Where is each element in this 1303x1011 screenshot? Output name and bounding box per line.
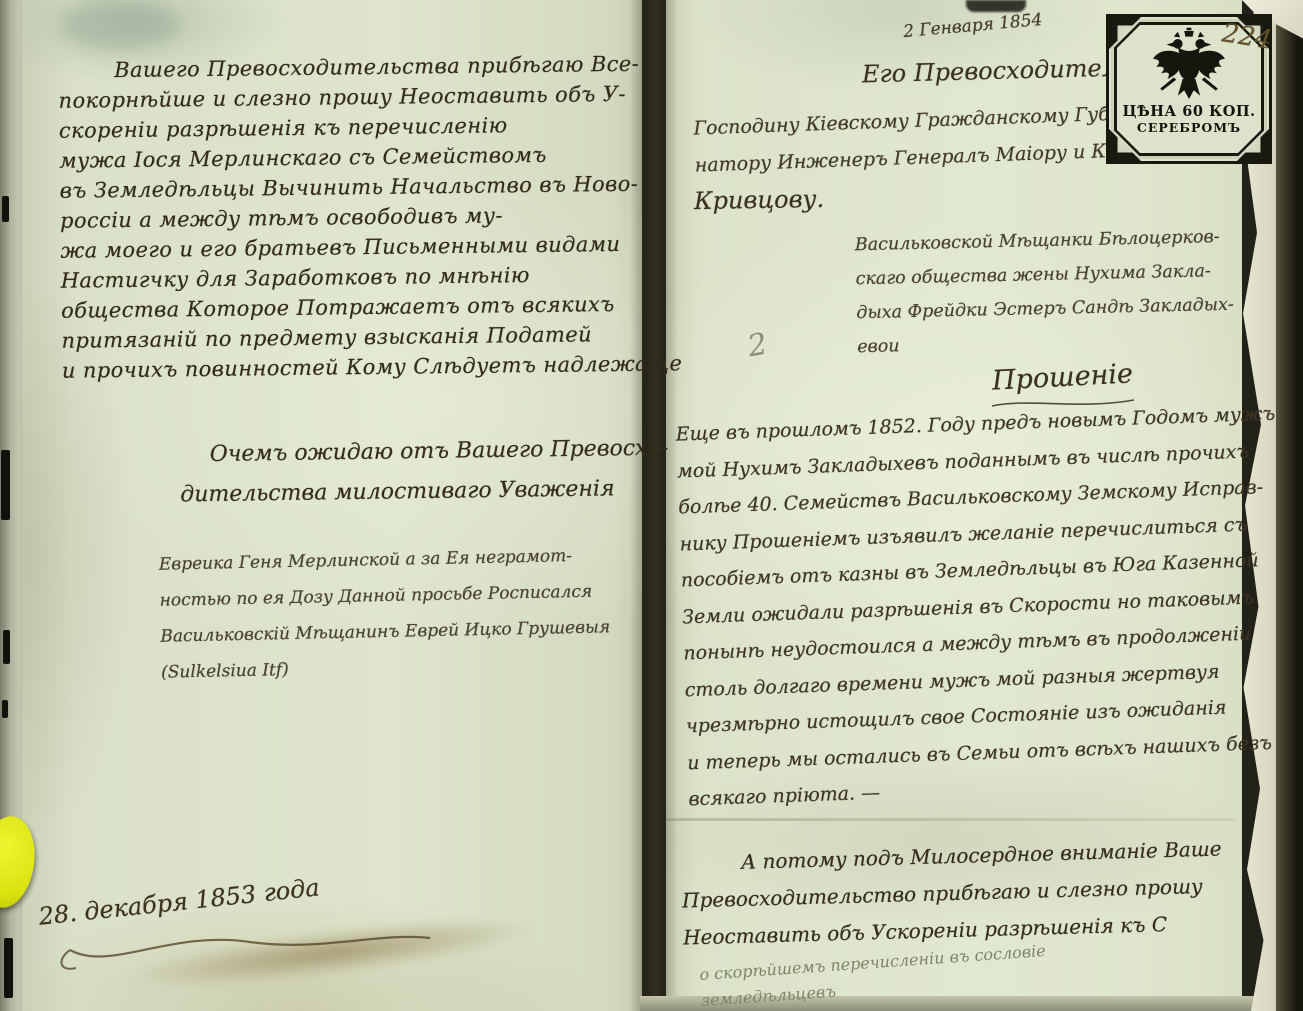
binding-mark <box>2 196 9 222</box>
ink-bleedthrough-stain <box>60 0 180 50</box>
paper-crease <box>666 818 1236 821</box>
binding-mark <box>4 938 13 998</box>
right-page-body-text: Еще въ прошломъ 1852. Году предъ новымъ … <box>675 396 1288 818</box>
petitioner-block: Васильковской Мѣщанки Бѣлоцерков- скаго … <box>855 220 1235 365</box>
binding-mark <box>1 450 10 520</box>
pen-flourish <box>50 920 450 980</box>
double-headed-eagle-icon <box>1146 27 1232 107</box>
handwritten-line: Очемъ ожидаю отъ Вашего Превосхо- <box>179 429 668 476</box>
binding-mark <box>2 700 8 718</box>
handwritten-line: дительства милостиваго Уваженія <box>180 469 669 516</box>
left-page-body-text: Вашего Превосходительства прибѣгаю Все- … <box>58 48 682 386</box>
left-page-closing-formula: Очемъ ожидаю отъ Вашего Превосхо- дитель… <box>179 429 669 516</box>
archival-document-scan: Вашего Превосходительства прибѣгаю Все- … <box>0 0 1303 1011</box>
right-page-closing-request: А потому подъ Милосердное вниманіе Ваше … <box>681 830 1225 956</box>
signature-block: Евреика Геня Мерлинской а за Ея неграмот… <box>159 537 612 690</box>
addressee-name: Кривцову. <box>694 185 825 215</box>
right-dark-edge <box>1276 0 1303 1011</box>
binding-mark <box>3 630 10 664</box>
stamp-price-text: ЦѢНА 60 КОП. <box>1122 103 1255 120</box>
top-edge-mark <box>966 0 1026 12</box>
stamp-currency-text: СЕРЕБРОМЪ <box>1137 120 1241 135</box>
